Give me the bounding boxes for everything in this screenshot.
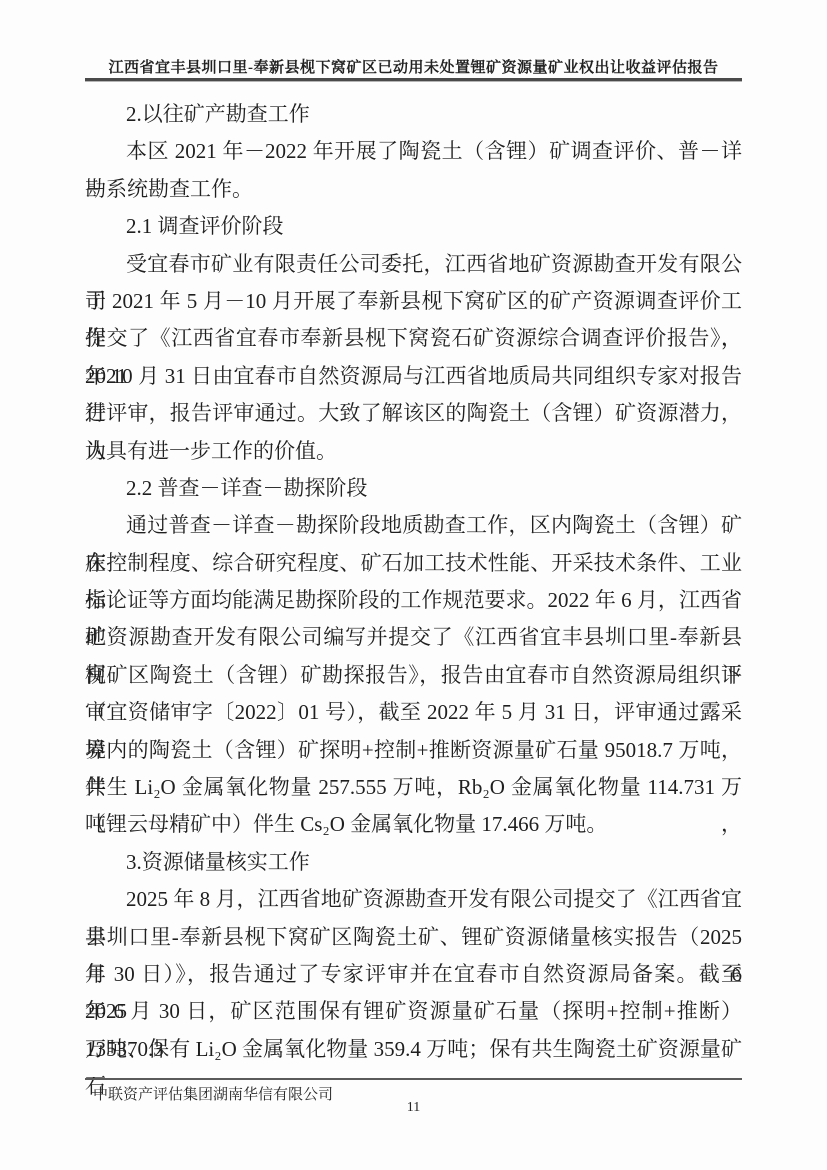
- text-line: 通过普查－详查－勘探阶段地质勘查工作，区内陶瓷土（含锂）矿床: [85, 507, 742, 544]
- text-line: 矿资源勘查开发有限公司编写并提交了《江西省宜丰县圳口里-奉新县枧下: [85, 619, 742, 656]
- page-number: 11: [85, 1100, 742, 1116]
- text-line: 为具有进一步工作的价值。: [85, 433, 742, 470]
- text-line: 年 10 月 31 日由宜春市自然资源局与江西省地质局共同组织专家对报告进: [85, 358, 742, 395]
- text-line: 受宜春市矿业有限责任公司委托，江西省地矿资源勘查开发有限公司: [85, 246, 742, 283]
- text-line: 万吨、保有 Li₂O 金属氧化物量 359.4 万吨；保有共生陶瓷土矿资源量矿石: [85, 1031, 742, 1068]
- text-line: 年 6 月 30 日，矿区范围保有锂矿资源量矿石量（探明+控制+推断）13537…: [85, 993, 742, 1030]
- text-line: 在控制程度、综合研究程度、矿石加工技术性能、开采技术条件、工业指: [85, 545, 742, 582]
- text-line: 本区 2021 年－2022 年开展了陶瓷土（含锂）矿调查评价、普－详－: [85, 133, 742, 170]
- text-line: 提交了《江西省宜春市奉新县枧下窝瓷石矿资源综合调查评价报告》，2021: [85, 320, 742, 357]
- section-heading: 3.资源储量核实工作: [85, 844, 742, 881]
- body-text: 2.以往矿产勘查工作本区 2021 年－2022 年开展了陶瓷土（含锂）矿调查评…: [85, 96, 742, 1068]
- text-line: 伴生 Li₂O 金属氧化物量 257.555 万吨，Rb₂O 金属氧化物量 11…: [85, 769, 742, 806]
- text-line: 行评审，报告评审通过。大致了解该区的陶瓷土（含锂）矿资源潜力，认: [85, 395, 742, 432]
- text-line: 于 2021 年 5 月－10 月开展了奉新县枧下窝矿区的矿产资源调查评价工作，: [85, 283, 742, 320]
- text-line: 窝矿区陶瓷土（含锂）矿勘探报告》，报告由宜春市自然资源局组织评审: [85, 657, 742, 694]
- text-line: 勘系统勘查工作。: [85, 171, 742, 208]
- text-line: 标论证等方面均能满足勘探阶段的工作规范要求。2022 年 6 月，江西省地: [85, 582, 742, 619]
- header-rule: [85, 78, 742, 82]
- document-page: 江西省宜丰县圳口里-奉新县枧下窝矿区已动用未处置锂矿资源量矿业权出让收益评估报告…: [0, 0, 827, 1170]
- section-heading: 2.以往矿产勘查工作: [85, 96, 742, 133]
- text-line: 2025 年 8 月，江西省地矿资源勘查开发有限公司提交了《江西省宜丰: [85, 881, 742, 918]
- footer-rule: [85, 1078, 742, 1080]
- section-heading: 2.1 调查评价阶段: [85, 208, 742, 245]
- text-line: 月 30 日）》，报告通过了专家评审并在宜春市自然资源局备案。截至 2025: [85, 956, 742, 993]
- text-line: （宜资储审字〔2022〕01 号），截至 2022 年 5 月 31 日，评审通…: [85, 694, 742, 731]
- section-heading: 2.2 普查－详查－勘探阶段: [85, 470, 742, 507]
- text-line: 县圳口里-奉新县枧下窝矿区陶瓷土矿、锂矿资源储量核实报告（2025 年 6: [85, 919, 742, 956]
- report-header-title: 江西省宜丰县圳口里-奉新县枧下窝矿区已动用未处置锂矿资源量矿业权出让收益评估报告: [85, 56, 742, 77]
- text-line: 界内的陶瓷土（含锂）矿探明+控制+推断资源量矿石量 95018.7 万吨，共: [85, 732, 742, 769]
